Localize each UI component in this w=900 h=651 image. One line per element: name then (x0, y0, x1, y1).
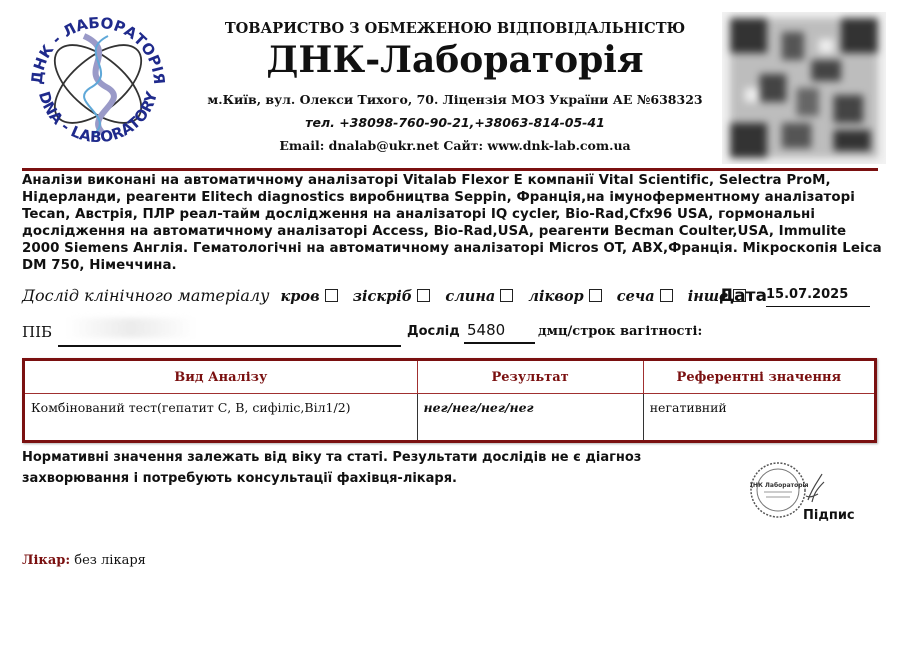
org-name: ДНК-Лабораторія (200, 38, 710, 82)
checkbox-saliva[interactable] (500, 289, 513, 302)
study-label: Дослід (407, 324, 460, 339)
pregnancy-label: дмц/строк вагітності: (538, 324, 702, 339)
checkbox-liquor[interactable] (589, 289, 602, 302)
date-label: Дата (719, 286, 767, 306)
pib-redacted-value (66, 318, 196, 338)
doctor-value: без лікаря (74, 553, 146, 568)
cell-analysis: Комбінований тест(гепатит С, В, сифіліс,… (24, 394, 418, 442)
checkbox-scraping[interactable] (417, 289, 430, 302)
signature-label: Підпис (803, 508, 855, 523)
disclaimer-note: Нормативні значення залежать від віку та… (22, 447, 682, 489)
org-type: ТОВАРИСТВО З ОБМЕЖЕНОЮ ВІДПОВІДАЛЬНІСТЮ (200, 20, 710, 37)
date-value: 15.07.2025 (766, 287, 870, 307)
header-analysis-type: Вид Аналізу (24, 360, 418, 394)
material-option-blood[interactable]: кров (280, 288, 341, 305)
analyzers-description: Аналізи виконані на автоматичному аналіз… (22, 172, 882, 274)
study-number: 5480 (464, 321, 535, 344)
svg-text:ДНК Лабораторія: ДНК Лабораторія (750, 482, 809, 489)
material-label: Дослід клінічного матеріалу (22, 286, 269, 305)
header-reference: Референтні значення (643, 360, 875, 394)
table-header-row: Вид Аналізу Результат Референтні значенн… (24, 360, 876, 394)
cell-result: нег/нег/нег/нег (417, 394, 643, 442)
header-divider (22, 168, 878, 171)
address: м.Київ, вул. Олекси Тихого, 70. Ліцензія… (200, 92, 710, 107)
lab-logo: ДНК - ЛАБОРАТОРІЯ DNA - LABORATORY (20, 12, 176, 152)
qr-code-icon (722, 12, 886, 164)
pib-underline (58, 345, 401, 347)
cell-reference: негативний (643, 394, 875, 442)
doctor-label: Лікар: (22, 553, 70, 568)
pib-label: ПІБ (22, 323, 52, 341)
material-option-urine[interactable]: сеча (617, 288, 677, 305)
checkbox-urine[interactable] (660, 289, 673, 302)
material-option-saliva[interactable]: слина (445, 288, 517, 305)
material-option-scraping[interactable]: зіскріб (353, 288, 435, 305)
dna-laboratory-logo-icon: ДНК - ЛАБОРАТОРІЯ DNA - LABORATORY (20, 12, 176, 152)
doctor-line: Лікар: без лікаря (22, 553, 146, 568)
checkbox-blood[interactable] (325, 289, 338, 302)
material-option-liquor[interactable]: ліквор (528, 288, 605, 305)
email-site: Email: dnalab@ukr.net Сайт: www.dnk-lab.… (200, 138, 710, 153)
phone: тел. +38098-760-90-21,+38063-814-05-41 (200, 115, 710, 130)
header-result: Результат (417, 360, 643, 394)
results-table: Вид Аналізу Результат Референтні значенн… (22, 358, 877, 443)
table-row: Комбінований тест(гепатит С, В, сифіліс,… (24, 394, 876, 442)
